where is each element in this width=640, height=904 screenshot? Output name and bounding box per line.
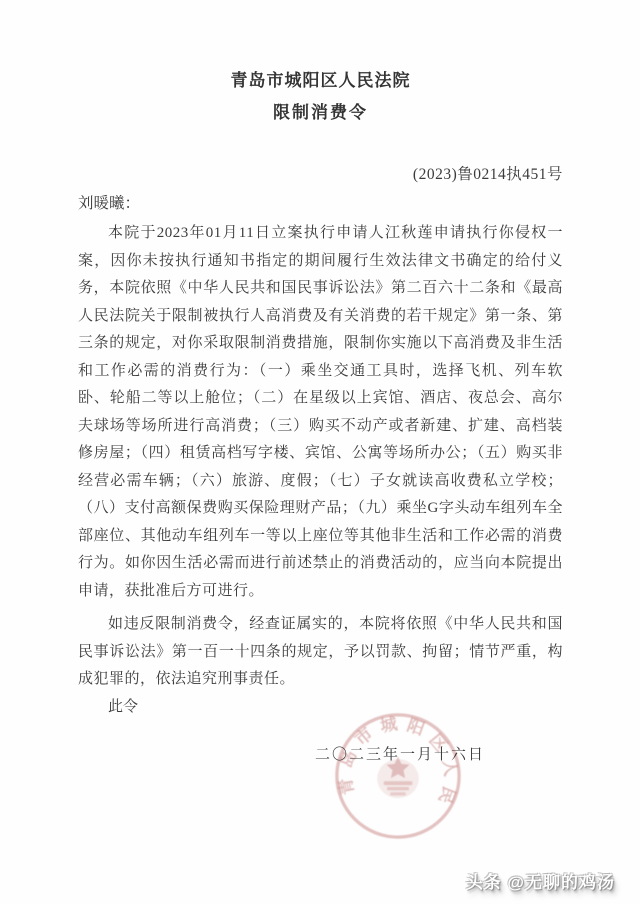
paragraph-restriction-measures: 本院于2023年01月11日立案执行申请人江秋莲申请执行你侵权一案，因你未按执行…	[78, 220, 563, 605]
document-page: 青岛市城阳区人民法院 限制消费令 (2023)鲁0214执451号 刘暖曦： 本…	[0, 0, 640, 904]
decree-closing: 此令	[78, 694, 563, 722]
paragraph-penalty-warning: 如违反限制消费令，经查证属实的，本院将依照《中华人民共和国民事诉讼法》第一百一十…	[78, 611, 563, 694]
seal-ring	[337, 715, 459, 837]
issue-date: 二〇二三年一月十六日	[78, 743, 563, 764]
toutiao-watermark: 头条 @无聊的鸡汤	[466, 868, 615, 893]
addressee-name: 刘暖曦：	[78, 194, 563, 214]
court-seal-stamp-icon: 青岛市城阳区人民法院	[333, 711, 463, 841]
court-name: 青岛市城阳区人民法院	[78, 70, 563, 92]
case-number: (2023)鲁0214执451号	[78, 165, 563, 185]
document-title: 限制消费令	[78, 102, 563, 124]
